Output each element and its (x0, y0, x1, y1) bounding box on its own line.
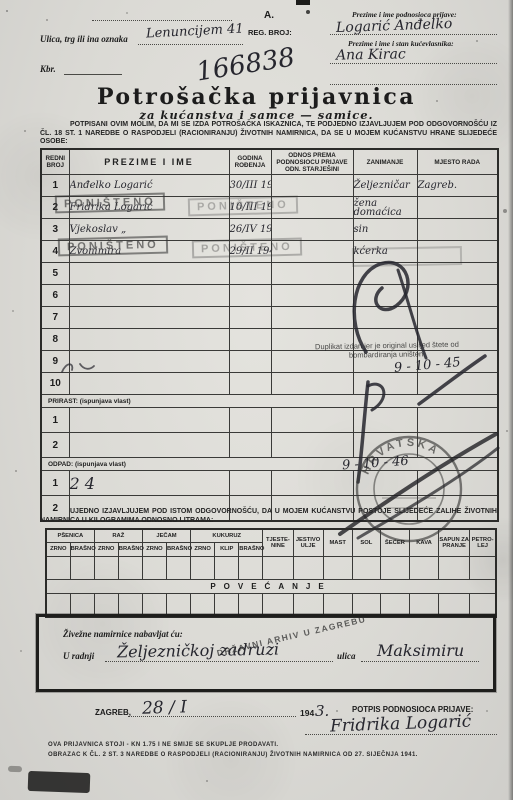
form-subtitle: za kućanstva i samce — samice. (0, 108, 513, 122)
owner-value-handwritten: Ana Kirac (336, 46, 406, 63)
year-handwritten: 3. (315, 702, 329, 720)
col-mast: MAST (323, 529, 352, 557)
ponisteno-stamp: PONIŠTENO (55, 193, 165, 214)
group-psenica: PŠENICA (46, 529, 94, 543)
col-kava: KAVA (409, 529, 438, 557)
handwritten-strokes (328, 426, 503, 544)
section-a-label: A. (264, 10, 274, 21)
kbr-line (64, 74, 122, 75)
ponisteno-stamp: PONIŠTENO (192, 238, 302, 259)
col-jestivo-ulje: JESTIVO ULJE (293, 529, 323, 557)
street-underline (138, 44, 243, 45)
signature-underline (305, 734, 497, 735)
scan-artifact-smudge (8, 766, 22, 772)
street-value-handwritten: Lenuncijem 41 (146, 21, 244, 41)
col-secer: ŠEĆER (380, 529, 409, 557)
supplies-group-header-row: PŠENICA RAŽ JEČAM KUKURUZ TJESTE-NINE JE… (46, 529, 496, 543)
col-tjestenine: TJESTE-NINE (263, 529, 293, 557)
paper-speckles (6, 10, 8, 12)
handwritten-stroke (415, 352, 490, 410)
group-jecam: JEČAM (142, 529, 190, 543)
intro-paragraph: POTPISANI OVIM MOLIM, DA MI SE IZDA POTR… (40, 121, 497, 147)
col-prezime-ime: PREZIME I IME (69, 149, 229, 175)
fine-print-line1: OVA PRIJAVNICA STOJI - KN 1.75 I NE SMIJ… (48, 742, 278, 748)
col-odnos: ODNOS PREMA PODNOSIOCU PRIJAVE ODN. STAR… (271, 149, 353, 175)
supplies-table: PŠENICA RAŽ JEČAM KUKURUZ TJESTE-NINE JE… (45, 528, 497, 618)
header-dotted-line (92, 20, 232, 21)
supplies-intro-paragraph: UJEDNO IZJAVLJUJEM POD ISTOM ODGOVORNOŠĆ… (40, 508, 497, 525)
handwritten-flourish (338, 252, 433, 364)
form-title: Potrošačka prijavnica (0, 84, 513, 110)
reg-broj-label: REG. BROJ: (248, 28, 292, 37)
purchase-line1-label: Živežne namirnice nabavljat ću: (63, 629, 183, 639)
col-redni-broj: REDNI BROJ (41, 149, 69, 175)
ulica-label: ulica (337, 651, 356, 661)
city-label: ZAGREB, (95, 708, 131, 717)
applicant-underline (330, 34, 497, 35)
ponisteno-stamp: PONIŠTENO (188, 196, 298, 217)
ulica-value-handwritten: Maksimiru (377, 641, 464, 660)
radnja-underline (105, 661, 333, 662)
col-petrolej: PETRO-LEJ (470, 529, 496, 557)
scan-artifact-smudge (28, 771, 91, 793)
group-raz: RAŽ (94, 529, 142, 543)
col-mjesto-rada: MJESTO RADA (417, 149, 498, 175)
owner-underline (330, 63, 497, 64)
street-label: Ulica, trg ili ina oznaka (40, 34, 128, 44)
purchase-box: Živežne namirnice nabavljat ću: U radnji… (36, 614, 496, 692)
scanned-form-page: Ulica, trg ili ina oznaka Lenuncijem 41 … (0, 0, 513, 800)
scan-artifact-top (296, 0, 310, 5)
kbr-label: Kbr. (40, 64, 56, 74)
ulica-underline (361, 661, 479, 662)
povecanje-row: POVEĆANJE (46, 580, 496, 594)
handwritten-mark (56, 358, 96, 378)
reg-number-handwritten: 166838 (194, 42, 297, 87)
persons-header-row: REDNI BROJ PREZIME I IME GODINA ROĐENJA … (41, 149, 498, 175)
supplies-value-row (46, 557, 496, 580)
col-sapun: SAPUN ZA PRANJE (439, 529, 470, 557)
ponisteno-stamp: PONIŠTENO (58, 236, 168, 257)
fine-print-line2: OBRAZAC K ČL. 2 ST. 3 NAREDBE O RASPODJE… (48, 752, 418, 758)
col-godina-rodjenja: GODINA ROĐENJA (229, 149, 271, 175)
radnja-label: U radnji (63, 651, 94, 661)
date-underline (128, 716, 296, 717)
signature-handwritten: Fridrika Logarić (330, 712, 472, 737)
year-printed: 194 (300, 708, 314, 718)
col-sol: SOL (352, 529, 380, 557)
col-zanimanje: ZANIMANJE (353, 149, 417, 175)
group-kukuruz: KUKURUZ (191, 529, 263, 543)
